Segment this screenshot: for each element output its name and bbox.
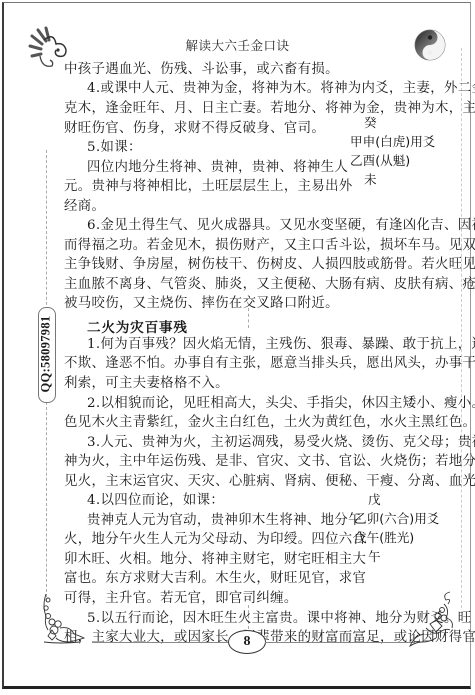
body-line: 财旺伤官、伤身，求财不得反破身、官司。 [64, 120, 325, 138]
side-stamp-text: QQ:58097981 [39, 316, 54, 393]
body-line: 色见木火主青紫红，金火主白红色，土火为黄红色，水火主黑红色。 [64, 414, 475, 432]
running-header-title: 解读大六壬金口诀 [0, 36, 475, 54]
body-line: 利索，可主夫妻格格不入。 [64, 375, 229, 393]
lesson-diagram-1: 癸 甲申(白虎)用爻 乙酉(从魁) 未 [350, 113, 435, 189]
body-line: 元。贵神与将神相比，土旺层层生上，主易出外 [64, 178, 353, 196]
diagram-row-bottom: 未 [350, 170, 435, 189]
body-line: 贵神克人元为官动，贵神卯木生将神、地分午 [87, 512, 362, 530]
footer-rule-right [265, 642, 415, 643]
body-line: 4.或课中人元、贵神为金，将神为木。将神为内爻，主妻，外二金 [87, 80, 475, 98]
diagram-row-shenjiang: 乙卯(六合)用爻 [354, 509, 439, 528]
body-line: 神为火，主中年运伤残、是非、官灾、文书、官讼、火烧伤；若地分、将神 [64, 453, 475, 471]
margin-guide-line [46, 150, 47, 310]
body-line: 1.何为百事残？因火焰无情，主残伤、狠毒、暴躁、敢于抗上，逢善 [87, 336, 475, 354]
floral-corner-ornament-icon [400, 590, 460, 654]
body-line: 被马咬伤，又主烧伤、摔伤在交叉路口附近。 [64, 295, 339, 313]
diagram-row-shenjiang: 甲申(白虎)用爻 [350, 132, 435, 151]
diagram-row-bottom: 午 [354, 547, 439, 566]
diagram-row-difen: 乙酉(从魁) [350, 151, 435, 170]
body-line: 四位内地分生将神、贵神，贵神、将神生人 [87, 159, 348, 177]
diagram-row-top: 癸 [350, 113, 435, 132]
lesson-diagram-2: 戊 乙卯(六合)用爻 戊午(胜光) 午 [354, 490, 439, 566]
diagram-row-difen: 戊午(胜光) [354, 528, 439, 547]
body-line: 见火，主末运官灾、天灾、心脏病、肾病、便秘、干瘦、分离、血光、伤灾等。 [64, 473, 475, 491]
body-line: 主争钱财、争房屋，树伤枝干、伤树皮、人损四肢或筋骨。若火旺见金， [64, 256, 475, 274]
body-line: 2.以相貌而论，见旺相高大，头尖、手指尖，休囚主矮小、瘦小。面 [87, 395, 475, 413]
diagram-row-top: 戊 [354, 490, 439, 509]
body-line: 5.如课： [87, 139, 142, 157]
body-line: 4.以四位而论，如课： [87, 492, 224, 510]
body-line: 6.金见土得生气、见火成器具。又见水变坚硬，有逢凶化吉、因祸 [87, 217, 475, 235]
body-line: 3.人元、贵神为火，主初运凋残，易受火烧、烫伤、克父母；贵神、将 [87, 434, 475, 452]
body-line: 富也。东方求财大吉利。木生火，财旺见官，求官 [64, 570, 366, 588]
floral-corner-ornament-icon [40, 592, 100, 650]
body-line: 而得福之功。若金见木，损伤财产，又主口舌斗讼，损坏车马。见双金， [64, 237, 475, 255]
body-line: 卯木旺、火相。地分、将神主财宅，财宅旺相主大 [64, 551, 366, 569]
body-line: 不欺、逢恶不怕。办事自有主张，愿意当排头兵，愿出风头，办事干净 [64, 355, 475, 373]
margin-guide-line [46, 402, 47, 602]
section-heading: 二火为灾百事残 [87, 316, 188, 336]
margin-guide-line [461, 48, 462, 608]
body-line: 主血脓不离身、气管炎、肺炎，又主便秘、大肠有病、皮肤有病、疮灾或 [64, 276, 475, 294]
yin-yang-icon [413, 28, 447, 62]
body-line: 中孩子遇血光、伤残、斗讼事，或六畜有损。 [64, 61, 339, 79]
body-line: 火，地分午火生人元为父母动、为印绶。四位六合 [64, 531, 366, 549]
body-line: 经商。 [64, 198, 105, 216]
page-number: 8 [228, 630, 266, 654]
footer-rule-left [92, 642, 228, 643]
